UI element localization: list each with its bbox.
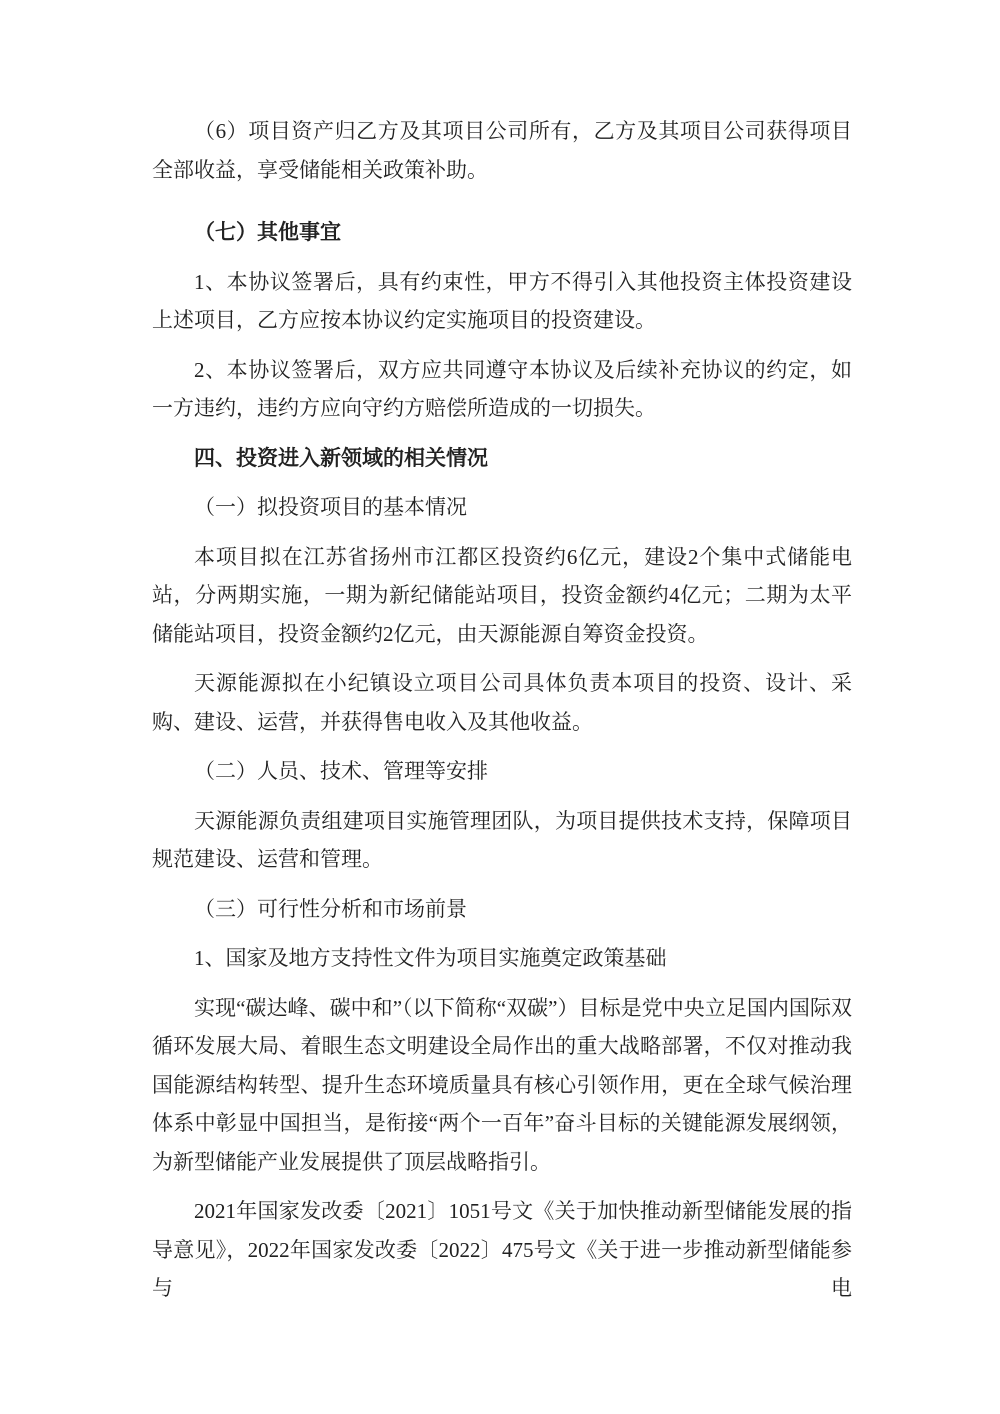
paragraph-dual-carbon-strategy: 实现“碳达峰、碳中和”（以下简称“双碳”）目标是党中央立足国内国际双循环发展大局…: [152, 989, 852, 1182]
subsection-heading-basic-info: （一）拟投资项目的基本情况: [152, 488, 852, 527]
subsection-heading-feasibility-market: （三）可行性分析和市场前景: [152, 890, 852, 929]
paragraph-policy-basis-title: 1、国家及地方支持性文件为项目实施奠定政策基础: [152, 939, 852, 978]
section-heading-other-matters: （七）其他事宜: [152, 213, 852, 252]
paragraph-breach-clause-2: 2、本协议签署后，双方应共同遵守本协议及后续补充协议的约定，如一方违约，违约方应…: [152, 351, 852, 428]
paragraph-binding-clause-1: 1、本协议签署后，具有约束性，甲方不得引入其他投资主体投资建设上述项目，乙方应按…: [152, 263, 852, 340]
section-heading-new-field-investment: 四、投资进入新领域的相关情况: [152, 439, 852, 478]
paragraph-project-assets-clause-6: （6）项目资产归乙方及其项目公司所有，乙方及其项目公司获得项目全部收益，享受储能…: [152, 112, 852, 189]
paragraph-project-company: 天源能源拟在小纪镇设立项目公司具体负责本项目的投资、设计、采购、建设、运营，并获…: [152, 664, 852, 741]
document-page: （6）项目资产归乙方及其项目公司所有，乙方及其项目公司获得项目全部收益，享受储能…: [0, 0, 1000, 1414]
subsection-heading-personnel-tech-management: （二）人员、技术、管理等安排: [152, 752, 852, 791]
document-body: （6）项目资产归乙方及其项目公司所有，乙方及其项目公司获得项目全部收益，享受储能…: [152, 112, 852, 1308]
paragraph-project-overview: 本项目拟在江苏省扬州市江都区投资约6亿元，建设2个集中式储能电站，分两期实施，一…: [152, 538, 852, 654]
paragraph-management-team: 天源能源负责组建项目实施管理团队，为项目提供技术支持，保障项目规范建设、运营和管…: [152, 802, 852, 879]
paragraph-ndrc-documents: 2021年国家发改委〔2021〕1051号文《关于加快推动新型储能发展的指导意见…: [152, 1192, 852, 1308]
